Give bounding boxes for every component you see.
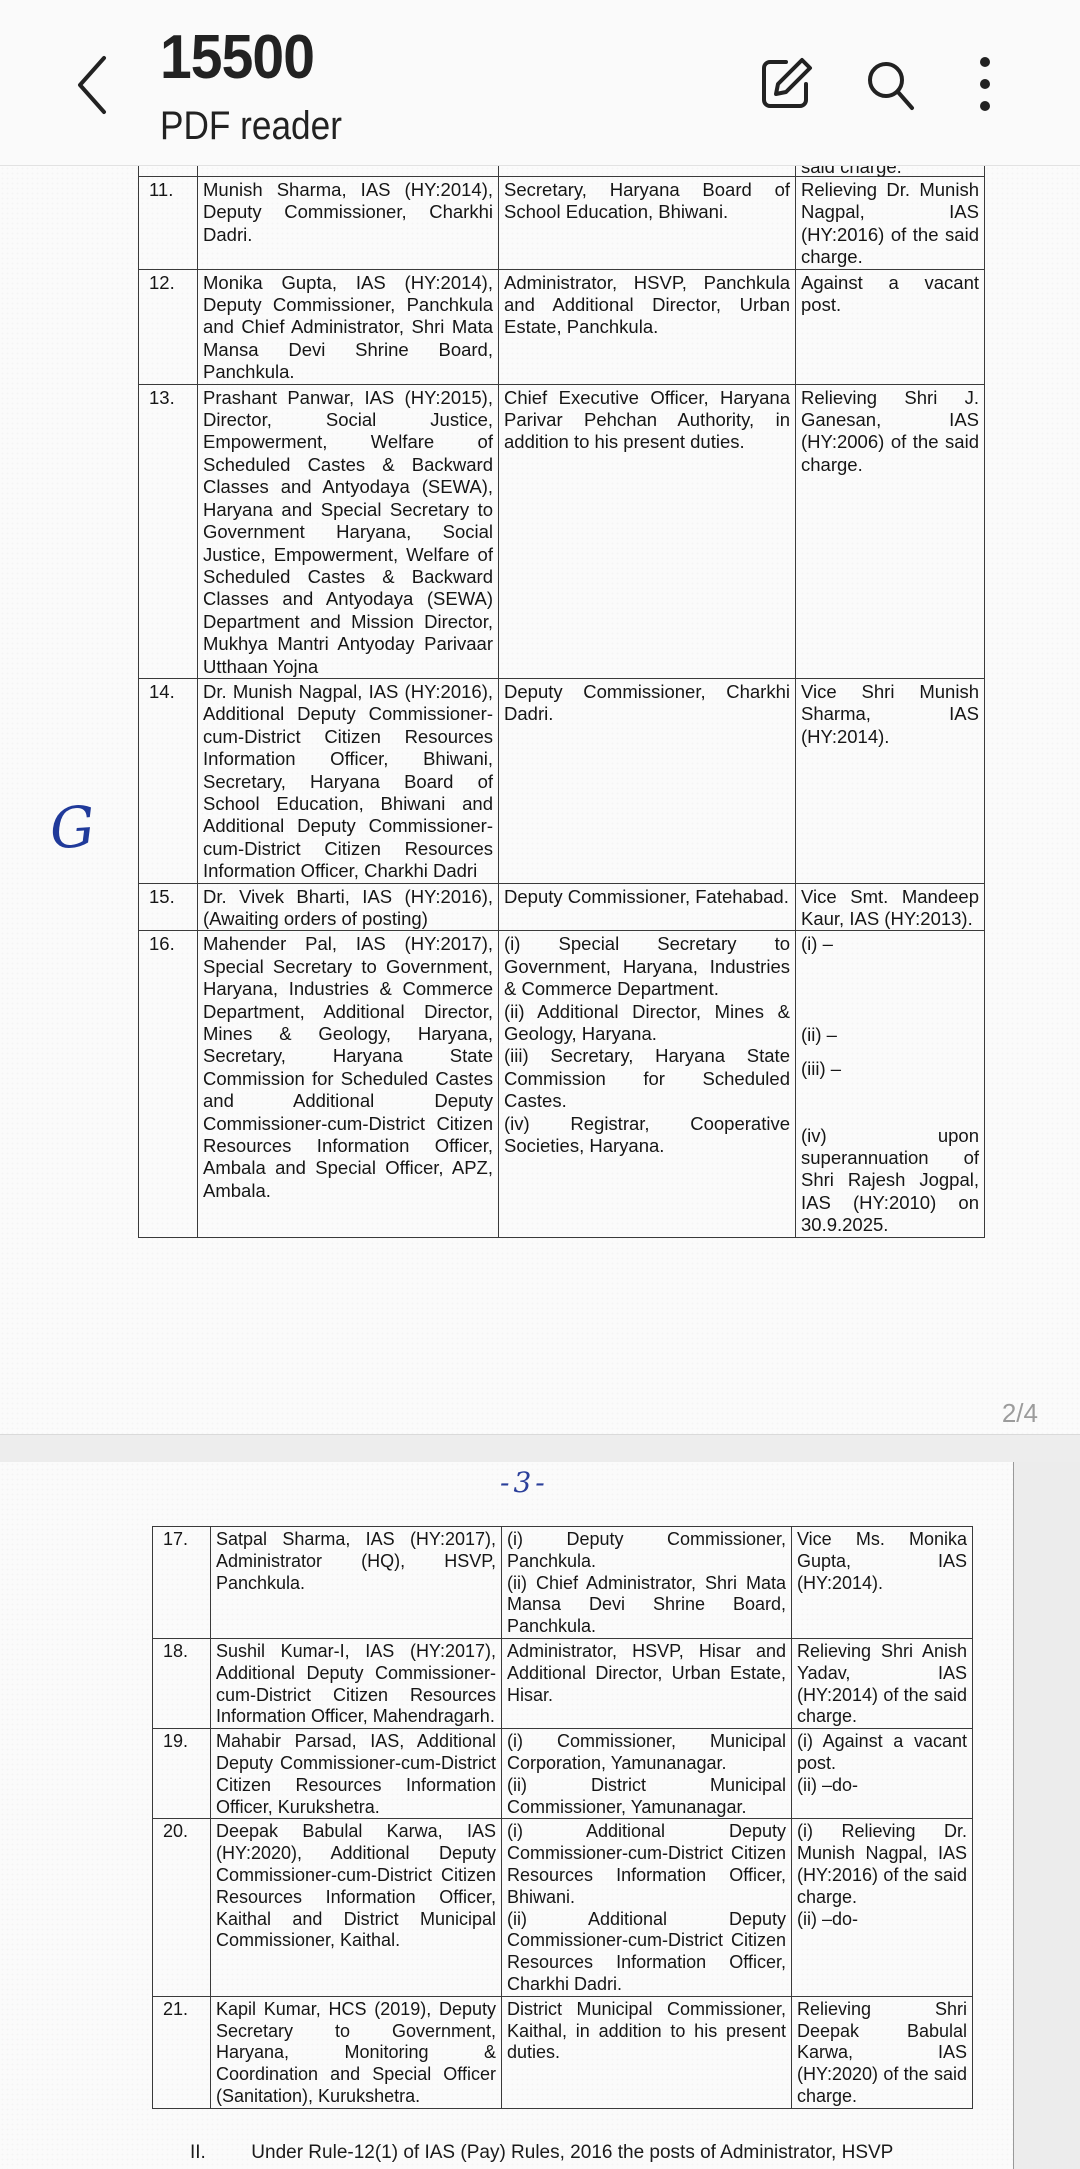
posting-item: (i) Additional Deputy Commissioner-cum-D…	[507, 1821, 786, 1908]
serial-number: 13.	[139, 384, 198, 678]
more-vertical-icon	[960, 54, 1010, 114]
remarks: Vice Smt. Mandeep Kaur, IAS (HY:2013).	[796, 883, 985, 931]
remark-item: (ii) –	[801, 1024, 979, 1046]
posting-item: Deputy Commissioner, Fatehabad.	[504, 886, 790, 908]
chevron-left-icon	[70, 52, 118, 118]
posted-as: (i) Deputy Commissioner, Panchkula.(ii) …	[502, 1527, 792, 1639]
officer-details: Mahender Pal, IAS (HY:2017), Special Sec…	[198, 931, 499, 1237]
remark-item: (iv) upon superannuation of Shri Rajesh …	[801, 1125, 979, 1237]
posted-as: (i) Additional Deputy Commissioner-cum-D…	[502, 1819, 792, 1996]
serial-number: 17.	[153, 1527, 211, 1639]
serial-number: 20.	[153, 1819, 211, 1996]
posting-table-page-2: said charge. 11.Munish Sharma, IAS (HY:2…	[138, 154, 985, 1238]
app-subtitle: PDF reader	[160, 104, 342, 149]
posted-as: Deputy Commissioner, Fatehabad.	[499, 883, 796, 931]
back-button[interactable]	[70, 52, 118, 118]
serial-number: 15.	[139, 883, 198, 931]
table-row: 15.Dr. Vivek Bharti, IAS (HY:2016), (Awa…	[139, 883, 985, 931]
remark-item: Relieving Shri Anish Yadav, IAS (HY:2014…	[797, 1641, 967, 1728]
posting-item: (ii) Additional Director, Mines & Geolog…	[504, 1001, 790, 1046]
serial-number: 18.	[153, 1638, 211, 1728]
remark-item: Relieving Shri Deepak Babulal Karwa, IAS…	[797, 1999, 967, 2108]
remarks: (i) Relieving Dr. Munish Nagpal, IAS (HY…	[792, 1819, 973, 1996]
posting-table-page-3: 17.Satpal Sharma, IAS (HY:2017), Adminis…	[152, 1526, 973, 2109]
edit-pencil-icon	[756, 54, 816, 114]
edit-button[interactable]	[756, 54, 816, 114]
remarks: (i) Against a vacant post.(ii) –do-	[792, 1729, 973, 1819]
officer-details: Satpal Sharma, IAS (HY:2017), Administra…	[211, 1527, 502, 1639]
more-options-button[interactable]	[960, 54, 1010, 114]
remarks: Relieving Shri Anish Yadav, IAS (HY:2014…	[792, 1638, 973, 1728]
remarks: Relieving Shri J. Ganesan, IAS (HY:2006)…	[796, 384, 985, 678]
remark-item: (i) Relieving Dr. Munish Nagpal, IAS (HY…	[797, 1821, 967, 1908]
table-row: 21.Kapil Kumar, HCS (2019), Deputy Secre…	[153, 1996, 973, 2108]
pdf-page-3[interactable]: -3- 17.Satpal Sharma, IAS (HY:2017), Adm…	[0, 1462, 1014, 2169]
posted-as: (i) Commissioner, Municipal Corporation,…	[502, 1729, 792, 1819]
remark-item: Vice Ms. Monika Gupta, IAS (HY:2014).	[797, 1529, 967, 1594]
posted-as: (i) Special Secretary to Government, Har…	[499, 931, 796, 1237]
remarks: Vice Ms. Monika Gupta, IAS (HY:2014).	[792, 1527, 973, 1639]
posted-as: Administrator, HSVP, Hisar and Additiona…	[502, 1638, 792, 1728]
handwritten-page-number: -3-	[500, 1466, 549, 1499]
remarks: Relieving Shri Deepak Babulal Karwa, IAS…	[792, 1996, 973, 2108]
remark-item: Relieving Dr. Munish Nagpal, IAS (HY:201…	[801, 179, 979, 269]
posting-item: Administrator, HSVP, Hisar and Additiona…	[507, 1641, 786, 1706]
posted-as: Secretary, Haryana Board of School Educa…	[499, 177, 796, 270]
posted-as: Chief Executive Officer, Haryana Parivar…	[499, 384, 796, 678]
remark-item: Against a vacant post.	[801, 272, 979, 317]
remarks: (i) –(ii) –(iii) –(iv) upon superannuati…	[796, 931, 985, 1237]
officer-details: Kapil Kumar, HCS (2019), Deputy Secretar…	[211, 1996, 502, 2108]
posting-item: Administrator, HSVP, Panchkula and Addit…	[504, 272, 790, 339]
remark-item: (ii) –do-	[797, 1775, 967, 1797]
officer-details: Mahabir Parsad, IAS, Additional Deputy C…	[211, 1729, 502, 1819]
document-title: 15500	[160, 22, 314, 93]
posting-item: (iii) Secretary, Haryana State Commissio…	[504, 1045, 790, 1112]
officer-details: Monika Gupta, IAS (HY:2014), Deputy Comm…	[198, 269, 499, 384]
officer-details: Dr. Vivek Bharti, IAS (HY:2016), (Awaiti…	[198, 883, 499, 931]
officer-details: Prashant Panwar, IAS (HY:2015), Director…	[198, 384, 499, 678]
remark-item: Relieving Shri J. Ganesan, IAS (HY:2006)…	[801, 387, 979, 477]
paragraph-text: Under Rule-12(1) of IAS (Pay) Rules, 201…	[251, 2142, 893, 2163]
serial-number: 12.	[139, 269, 198, 384]
table-row: 16.Mahender Pal, IAS (HY:2017), Special …	[139, 931, 985, 1237]
table-row: 19.Mahabir Parsad, IAS, Additional Deput…	[153, 1729, 973, 1819]
posting-item: (i) Commissioner, Municipal Corporation,…	[507, 1731, 786, 1775]
table-row: 18.Sushil Kumar-I, IAS (HY:2017), Additi…	[153, 1638, 973, 1728]
table-row: 14.Dr. Munish Nagpal, IAS (HY:2016), Add…	[139, 678, 985, 883]
pdf-page-2[interactable]: G said charge. 11.Munish Sharma, IAS (HY…	[0, 166, 1080, 1434]
table-row: 12.Monika Gupta, IAS (HY:2014), Deputy C…	[139, 269, 985, 384]
table-row: 11.Munish Sharma, IAS (HY:2014), Deputy …	[139, 177, 985, 270]
posting-item: (i) Deputy Commissioner, Panchkula.	[507, 1529, 786, 1573]
remarks: Relieving Dr. Munish Nagpal, IAS (HY:201…	[796, 177, 985, 270]
posting-item: (i) Special Secretary to Government, Har…	[504, 933, 790, 1000]
serial-number: 11.	[139, 177, 198, 270]
officer-details: Munish Sharma, IAS (HY:2014), Deputy Com…	[198, 177, 499, 270]
posting-item: (ii) District Municipal Commissioner, Ya…	[507, 1775, 786, 1819]
officer-details: Deepak Babulal Karwa, IAS (HY:2020), Add…	[211, 1819, 502, 1996]
posting-item: District Municipal Commissioner, Kaithal…	[507, 1999, 786, 2064]
page-indicator: 2/4	[1002, 1398, 1038, 1429]
remark-item: (ii) –do-	[797, 1909, 967, 1931]
remarks: Against a vacant post.	[796, 269, 985, 384]
remark-item: Vice Shri Munish Sharma, IAS (HY:2014).	[801, 681, 979, 748]
serial-number: 16.	[139, 931, 198, 1237]
posting-item: (ii) Chief Administrator, Shri Mata Mans…	[507, 1573, 786, 1638]
app-bar: 15500 PDF reader	[0, 0, 1080, 166]
posted-as: District Municipal Commissioner, Kaithal…	[502, 1996, 792, 2108]
handwritten-margin-mark: G	[48, 795, 97, 863]
posted-as: Administrator, HSVP, Panchkula and Addit…	[499, 269, 796, 384]
officer-details: Sushil Kumar-I, IAS (HY:2017), Additiona…	[211, 1638, 502, 1728]
remark-item: (i) –	[801, 933, 979, 955]
posted-as: Deputy Commissioner, Charkhi Dadri.	[499, 678, 796, 883]
page-separator	[0, 1434, 1080, 1462]
remarks: Vice Shri Munish Sharma, IAS (HY:2014).	[796, 678, 985, 883]
remark-item: Vice Smt. Mandeep Kaur, IAS (HY:2013).	[801, 886, 979, 931]
posting-item: Chief Executive Officer, Haryana Parivar…	[504, 387, 790, 454]
serial-number: 21.	[153, 1996, 211, 2108]
table-row: 17.Satpal Sharma, IAS (HY:2017), Adminis…	[153, 1527, 973, 1639]
officer-details: Dr. Munish Nagpal, IAS (HY:2016), Additi…	[198, 678, 499, 883]
remark-item: (iii) –	[801, 1058, 979, 1080]
paragraph-number: II.	[190, 2142, 246, 2164]
posting-item: (ii) Additional Deputy Commissioner-cum-…	[507, 1909, 786, 1996]
posting-item: Secretary, Haryana Board of School Educa…	[504, 179, 790, 224]
table-row: 20.Deepak Babulal Karwa, IAS (HY:2020), …	[153, 1819, 973, 1996]
posting-item: (iv) Registrar, Cooperative Societies, H…	[504, 1113, 790, 1158]
table-row: 13.Prashant Panwar, IAS (HY:2015), Direc…	[139, 384, 985, 678]
footer-paragraph: II. Under Rule-12(1) of IAS (Pay) Rules,…	[190, 2142, 893, 2164]
serial-number: 19.	[153, 1729, 211, 1819]
remark-item: (i) Against a vacant post.	[797, 1731, 967, 1775]
search-button[interactable]	[860, 54, 920, 114]
posting-item: Deputy Commissioner, Charkhi Dadri.	[504, 681, 790, 726]
serial-number: 14.	[139, 678, 198, 883]
search-icon	[860, 54, 920, 114]
